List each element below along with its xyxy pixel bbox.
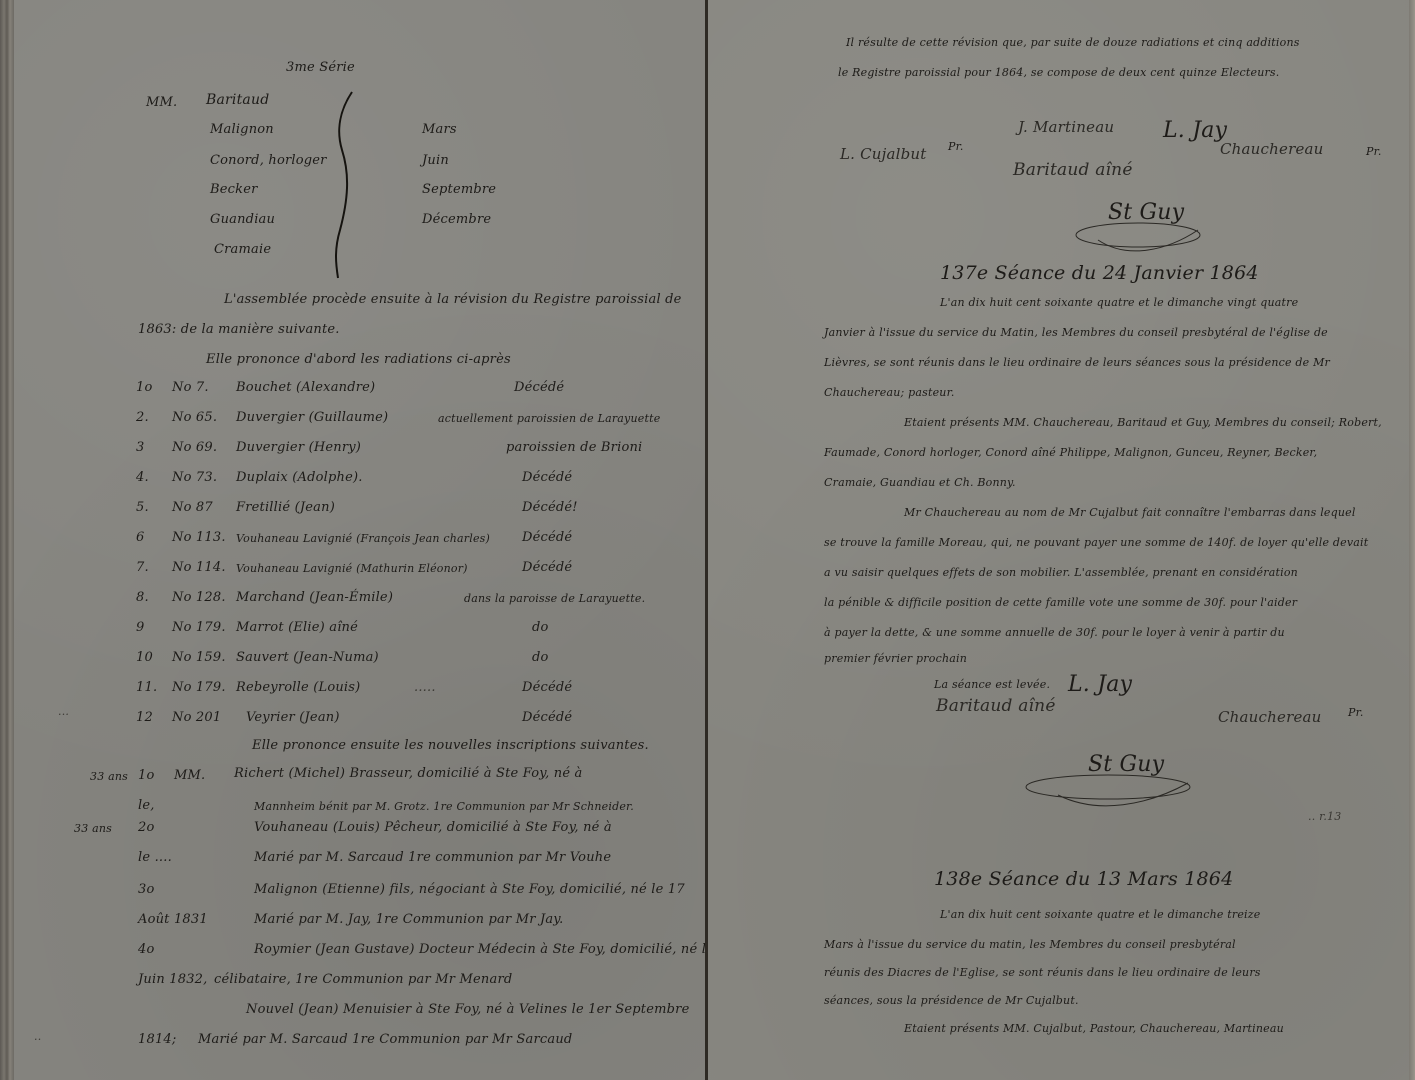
- inscription-line: Vouhaneau (Louis) Pêcheur, domicilié à S…: [254, 820, 612, 835]
- row-index: 1o: [138, 768, 155, 783]
- row-number: No 113.: [172, 530, 226, 545]
- motion-line: la pénible & difficile position de cette…: [824, 596, 1297, 609]
- signature-chauchereau: Chauchereau: [1220, 140, 1324, 158]
- row-number: No 7.: [172, 380, 209, 395]
- present-line: Cramaie, Guandiau et Ch. Bonny.: [824, 476, 1016, 489]
- signature-flourish-icon: [1068, 210, 1208, 260]
- motion-line: se trouve la famille Moreau, qui, ne pou…: [824, 536, 1368, 549]
- inscription-line: Marié par M. Jay, 1re Communion par Mr J…: [254, 912, 563, 927]
- inscription-line: Richert (Michel) Brasseur, domicilié à S…: [234, 766, 583, 781]
- row-note: Décédé: [522, 680, 572, 695]
- signature-cujalbut: L. Cujalbut: [840, 145, 927, 163]
- inscription-line: Mannheim bénit par M. Grotz. 1re Communi…: [254, 800, 634, 813]
- row-note: Décédé: [522, 710, 572, 725]
- row-name: Marchand (Jean-Émile): [236, 590, 393, 605]
- signature-suffix: Pr.: [1348, 706, 1364, 719]
- row-name: Fretillié (Jean): [236, 500, 335, 515]
- signature-suffix: Pr.: [948, 140, 964, 153]
- member-name: Baritaud: [206, 92, 269, 108]
- row-number: No 114.: [172, 560, 226, 575]
- row-number: No 73.: [172, 470, 217, 485]
- row-index: 1o: [136, 380, 153, 395]
- page-stack-edge: [0, 0, 14, 1080]
- row-index: 7.: [136, 560, 149, 575]
- signature-chauchereau: Chauchereau: [1218, 708, 1322, 726]
- month: Juin: [422, 153, 449, 168]
- row-note: do: [532, 620, 549, 635]
- session-line: Mars à l'issue du service du matin, les …: [824, 938, 1236, 951]
- paragraph-line: L'assemblée procède ensuite à la révisio…: [224, 292, 682, 307]
- brace-icon: [332, 90, 358, 280]
- motion-line: premier février prochain: [824, 652, 967, 665]
- month: Septembre: [422, 182, 496, 197]
- row-note: paroissien de Brioni: [506, 440, 642, 455]
- month: Mars: [422, 122, 457, 137]
- session-line: séances, sous la présidence de Mr Cujalb…: [824, 994, 1079, 1007]
- motion-line: à payer la dette, & une somme annuelle d…: [824, 626, 1285, 639]
- session-line: Lièvres, se sont réunis dans le lieu ord…: [824, 356, 1330, 369]
- row-number: No 179.: [172, 620, 226, 635]
- motion-line: Mr Chauchereau au nom de Mr Cujalbut fai…: [904, 506, 1356, 519]
- row-name: Duplaix (Adolphe).: [236, 470, 363, 485]
- row-index: 3: [136, 440, 144, 455]
- section-heading: 3me Série: [286, 60, 355, 75]
- row-index: 4o: [138, 942, 155, 957]
- row-name: Vouhaneau Lavignié (Mathurin Eléonor): [236, 562, 468, 575]
- row-name: Sauvert (Jean-Numa): [236, 650, 379, 665]
- members-prefix: MM.: [174, 768, 205, 783]
- row-index: 11.: [136, 680, 157, 695]
- row-name: Vouhaneau Lavignié (François Jean charle…: [236, 532, 490, 545]
- age-note: 33 ans: [74, 822, 112, 835]
- month: Décembre: [422, 212, 491, 227]
- motion-line: a vu saisir quelques effets de son mobil…: [824, 566, 1298, 579]
- present-line: Faumade, Conord horloger, Conord aîné Ph…: [824, 446, 1317, 459]
- signature-baritaud: Baritaud aîné: [1013, 160, 1133, 180]
- present-line: Etaient présents MM. Chauchereau, Barita…: [904, 416, 1382, 429]
- row-index: 2.: [136, 410, 149, 425]
- register-spread: 3me Série MM. Baritaud Malignon Conord, …: [0, 0, 1415, 1080]
- page-edge: [1409, 0, 1415, 1080]
- row-name: Duvergier (Guillaume): [236, 410, 388, 425]
- row-name: Veyrier (Jean): [246, 710, 340, 725]
- signature-baritaud: Baritaud aîné: [936, 696, 1056, 716]
- date-note: 1814;: [138, 1032, 176, 1047]
- row-note: Décédé: [522, 560, 572, 575]
- signature-suffix: Pr.: [1366, 145, 1382, 158]
- row-note: Décédé!: [522, 500, 578, 515]
- member-name: Becker: [210, 182, 258, 197]
- row-name: Duvergier (Henry): [236, 440, 361, 455]
- row-number: No 179.: [172, 680, 226, 695]
- row-index: 5.: [136, 500, 149, 515]
- margin-mark: ...: [58, 705, 69, 718]
- row-name: Rebeyrolle (Louis): [236, 680, 360, 695]
- session-line: Janvier à l'issue du service du Matin, l…: [824, 326, 1328, 339]
- member-name: Guandiau: [210, 212, 275, 227]
- session-137-heading: 137e Séance du 24 Janvier 1864: [940, 262, 1259, 284]
- row-number: No 69.: [172, 440, 217, 455]
- inscription-line: Malignon (Etienne) fils, négociant à Ste…: [254, 882, 685, 897]
- age-note: 33 ans: [90, 770, 128, 783]
- present-line: Etaient présents MM. Cujalbut, Pastour, …: [904, 1022, 1284, 1035]
- closing-line: La séance est levée.: [934, 678, 1050, 691]
- session-line: L'an dix huit cent soixante quatre et le…: [940, 296, 1298, 309]
- margin-mark: .. r.13: [1308, 810, 1341, 823]
- row-note: dans la paroisse de Larayuette.: [464, 592, 645, 605]
- row-index: 4.: [136, 470, 149, 485]
- inscription-line: Marié par M. Sarcaud 1re Communion par M…: [198, 1032, 572, 1047]
- member-name: Malignon: [210, 122, 274, 137]
- row-number: No 159.: [172, 650, 226, 665]
- member-name: Conord, horloger: [210, 153, 327, 168]
- row-index: 9: [136, 620, 144, 635]
- session-line: L'an dix huit cent soixante quatre et le…: [940, 908, 1260, 921]
- signature-jay: L. Jay: [1068, 672, 1132, 697]
- row-status: le ....: [138, 850, 172, 865]
- session-138-heading: 138e Séance du 13 Mars 1864: [934, 868, 1233, 890]
- signature-jay: L. Jay: [1163, 118, 1227, 143]
- row-note: actuellement paroissien de Larayuette: [438, 412, 660, 425]
- right-page: Il résulte de cette révision que, par su…: [708, 0, 1415, 1080]
- row-name: Marrot (Elie) aîné: [236, 620, 358, 635]
- row-number: No 201: [172, 710, 221, 725]
- left-page: 3me Série MM. Baritaud Malignon Conord, …: [14, 0, 706, 1080]
- row-note: Décédé: [514, 380, 564, 395]
- paragraph-line: 1863: de la manière suivante.: [138, 322, 340, 337]
- signature-martineau: J. Martineau: [1018, 118, 1114, 136]
- row-index: 2o: [138, 820, 155, 835]
- conclusion-line: Il résulte de cette révision que, par su…: [846, 36, 1300, 49]
- inscription-line: Roymier (Jean Gustave) Docteur Médecin à…: [254, 942, 735, 957]
- row-index: 8.: [136, 590, 149, 605]
- margin-mark: ..: [34, 1030, 41, 1043]
- row-index: 10: [136, 650, 153, 665]
- date-note: Juin 1832,: [138, 972, 207, 987]
- session-line: Chauchereau; pasteur.: [824, 386, 955, 399]
- row-number: No 128.: [172, 590, 226, 605]
- paragraph-line: Elle prononce d'abord les radiations ci-…: [206, 352, 511, 367]
- row-dots: .....: [414, 680, 436, 695]
- date-note: Août 1831: [138, 912, 208, 927]
- inscription-line: Marié par M. Sarcaud 1re communion par M…: [254, 850, 611, 865]
- row-number: No 65.: [172, 410, 217, 425]
- row-note: Décédé: [522, 530, 572, 545]
- conclusion-line: le Registre paroissial pour 1864, se com…: [838, 66, 1279, 79]
- row-index: 6: [136, 530, 144, 545]
- member-name: Cramaie: [214, 242, 271, 257]
- row-note: Décédé: [522, 470, 572, 485]
- members-prefix: MM.: [146, 95, 177, 110]
- inscription-line: Nouvel (Jean) Menuisier à Ste Foy, né à …: [246, 1002, 689, 1017]
- row-note: do: [532, 650, 549, 665]
- session-line: réunis des Diacres de l'Eglise, se sont …: [824, 966, 1261, 979]
- inscription-line: célibataire, 1re Communion par Mr Menard: [214, 972, 512, 987]
- row-number: No 87: [172, 500, 213, 515]
- row-index: 12: [136, 710, 153, 725]
- signature-flourish-icon: [1018, 765, 1198, 815]
- row-index: 3o: [138, 882, 155, 897]
- row-name: Bouchet (Alexandre): [236, 380, 375, 395]
- row-status: le,: [138, 798, 155, 813]
- paragraph-line: Elle prononce ensuite les nouvelles insc…: [252, 738, 649, 753]
